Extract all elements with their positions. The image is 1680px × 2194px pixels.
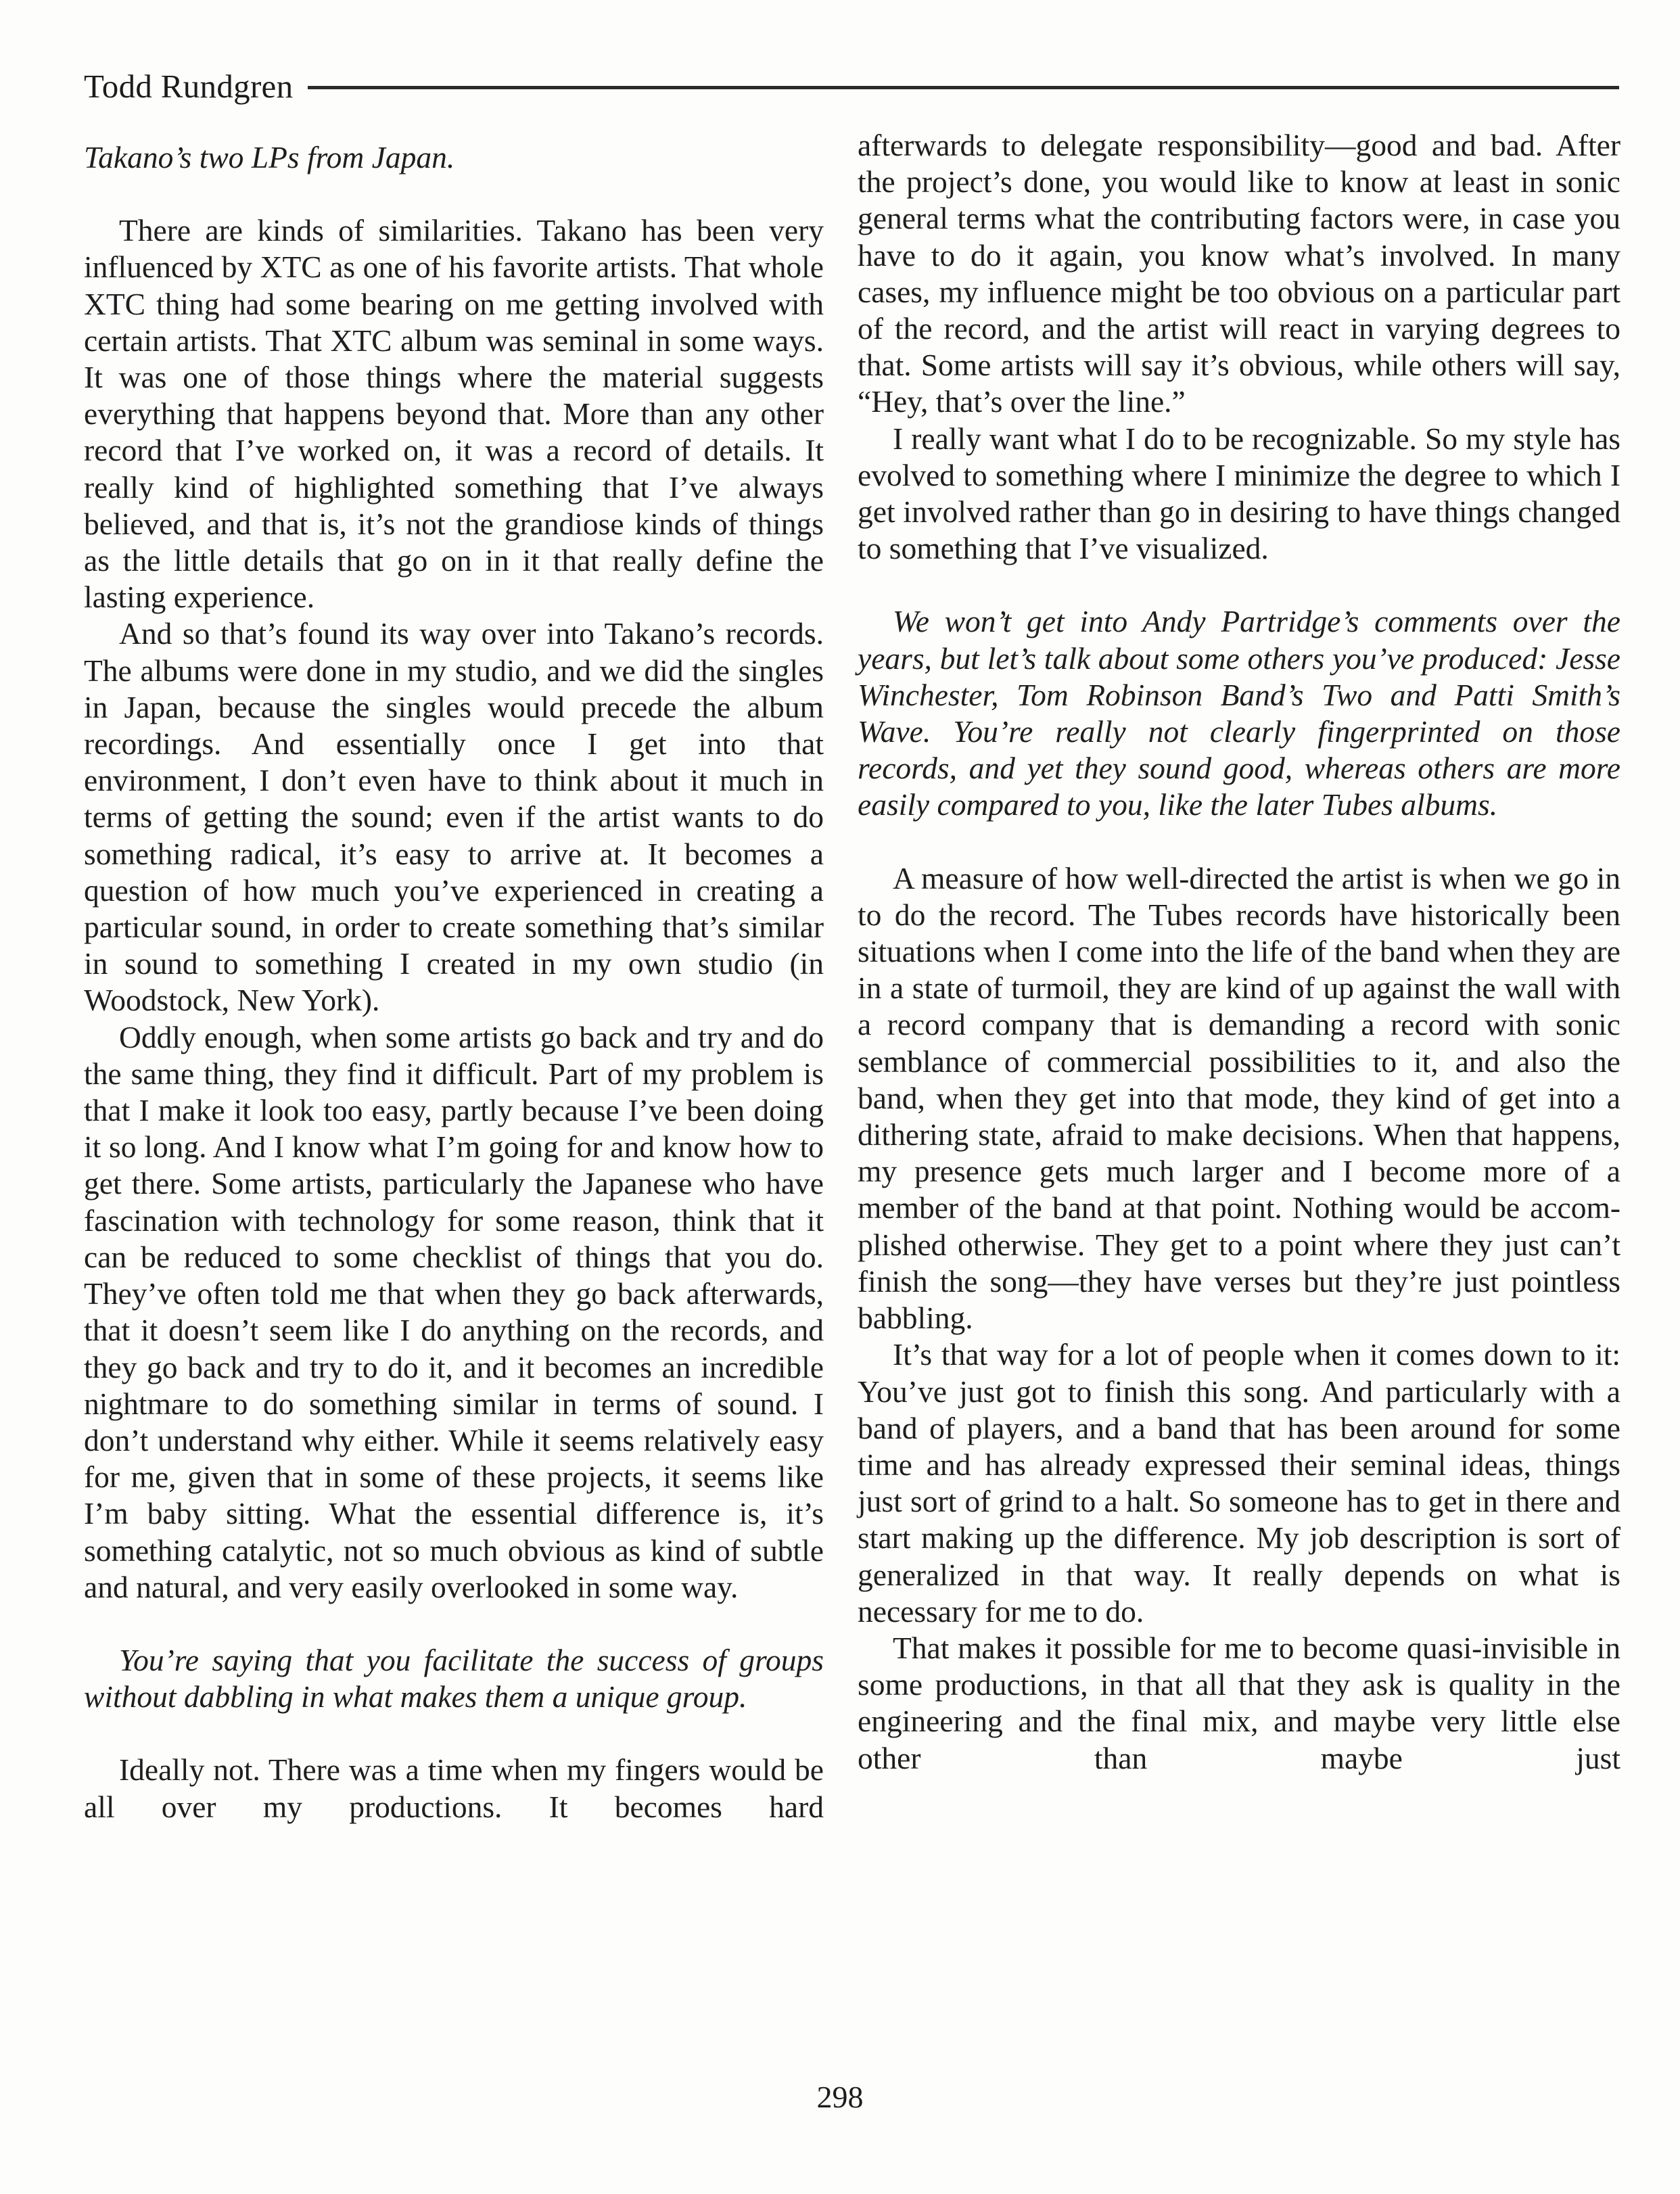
interview-question: We won’t get into Andy Partridge’s comme… bbox=[858, 603, 1620, 823]
answer-paragraph: I really want what I do to be recognizab… bbox=[858, 421, 1620, 567]
paragraph-gap bbox=[858, 567, 1620, 603]
right-column: afterwards to delegate responsibility—go… bbox=[858, 127, 1620, 1777]
running-head-title: Todd Rundgren bbox=[84, 67, 293, 106]
answer-paragraph: Ideally not. There was a time when my fi… bbox=[84, 1752, 824, 1825]
answer-paragraph: Oddly enough, when some artists go back … bbox=[84, 1019, 824, 1606]
answer-paragraph: And so that’s found its way over into Ta… bbox=[84, 615, 824, 1019]
paragraph-gap bbox=[84, 1606, 824, 1642]
book-page: Todd Rundgren Takano’s two LPs from Japa… bbox=[0, 0, 1680, 2194]
answer-paragraph: It’s that way for a lot of people when i… bbox=[858, 1336, 1620, 1630]
left-column: Takano’s two LPs from Japan. There are k… bbox=[84, 139, 824, 1825]
answer-paragraph: A measure of how well-directed the artis… bbox=[858, 860, 1620, 1337]
paragraph-gap bbox=[858, 824, 1620, 860]
interview-question: You’re saying that you facilitate the su… bbox=[84, 1642, 824, 1715]
running-head: Todd Rundgren bbox=[84, 62, 1619, 110]
answer-paragraph: afterwards to delegate responsibility—go… bbox=[858, 127, 1620, 421]
interview-question: Takano’s two LPs from Japan. bbox=[84, 139, 824, 176]
answer-paragraph: That makes it possible for me to become … bbox=[858, 1630, 1620, 1777]
paragraph-gap bbox=[84, 176, 824, 212]
answer-paragraph: There are kinds of similarities. Takano … bbox=[84, 212, 824, 615]
paragraph-gap bbox=[84, 1715, 824, 1752]
running-head-rule bbox=[308, 86, 1619, 89]
page-number: 298 bbox=[0, 2079, 1680, 2115]
